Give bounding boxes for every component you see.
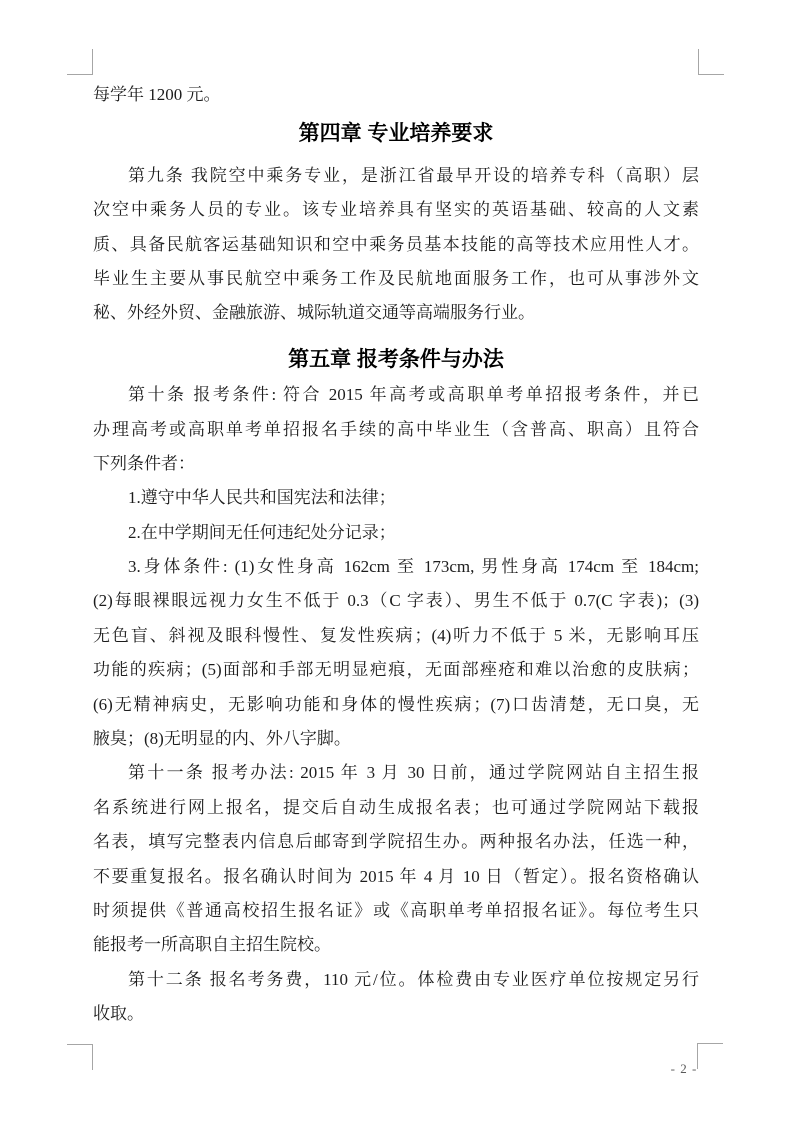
page-number: - 2 - [658, 1061, 710, 1077]
body-line: 不要重复报名。报名确认时间为 2015 年 4 月 10 日（暂定）。报名资格确… [93, 860, 699, 894]
body-line: 收取。 [93, 997, 699, 1031]
document-body: 每学年 1200 元。 第四章 专业培养要求 第九条 我院空中乘务专业，是浙江省… [93, 78, 699, 1032]
body-line: 第十一条 报考办法: 2015 年 3 月 30 日前，通过学院网站自主招生报 [93, 756, 699, 790]
chapter5-heading: 第五章 报考条件与办法 [93, 343, 699, 377]
chapter4-heading: 第四章 专业培养要求 [93, 117, 699, 151]
crop-mark-top-left-icon [67, 49, 93, 75]
body-line: 下列条件者： [93, 447, 699, 481]
body-line: 能报考一所高职自主招生院校。 [93, 928, 699, 962]
body-line: 第十二条 报名考务费，110 元/位。体检费由专业医疗单位按规定另行 [93, 963, 699, 997]
body-line: 秘、外经外贸、金融旅游、城际轨道交通等高端服务行业。 [93, 296, 699, 330]
body-line: 毕业生主要从事民航空中乘务工作及民航地面服务工作，也可从事涉外文 [93, 262, 699, 296]
body-line: 办理高考或高职单考单招报名手续的高中毕业生（含普高、职高）且符合 [93, 413, 699, 447]
body-line: 2.在中学期间无任何违纪处分记录； [93, 516, 699, 550]
body-line: 腋臭；(8)无明显的内、外八字脚。 [93, 722, 699, 756]
crop-mark-top-right-icon [698, 49, 724, 75]
body-line: 3.身体条件: (1)女性身高 162cm 至 173cm, 男性身高 174c… [93, 550, 699, 584]
body-line: 质、具备民航客运基础知识和空中乘务员基本技能的高等技术应用性人才。 [93, 228, 699, 262]
crop-mark-bottom-left-icon [67, 1044, 93, 1070]
body-line: (6)无精神病史，无影响功能和身体的慢性疾病；(7)口齿清楚，无口臭，无 [93, 688, 699, 722]
body-line: 名表，填写完整表内信息后邮寄到学院招生办。两种报名办法，任选一种， [93, 825, 699, 859]
body-line: 每学年 1200 元。 [93, 78, 699, 112]
body-line: 无色盲、斜视及眼科慢性、复发性疾病；(4)听力不低于 5 米，无影响耳压 [93, 619, 699, 653]
document-page: 每学年 1200 元。 第四章 专业培养要求 第九条 我院空中乘务专业，是浙江省… [0, 0, 802, 1134]
body-line: 次空中乘务人员的专业。该专业培养具有坚实的英语基础、较高的人文素 [93, 193, 699, 227]
body-line: 第九条 我院空中乘务专业，是浙江省最早开设的培养专科（高职）层 [93, 159, 699, 193]
body-line: (2)每眼裸眼远视力女生不低于 0.3（C 字表）、男生不低于 0.7(C 字表… [93, 584, 699, 618]
body-line: 第十条 报考条件: 符合 2015 年高考或高职单考单招报考条件，并已 [93, 378, 699, 412]
body-line: 时须提供《普通高校招生报名证》或《高职单考单招报名证》。每位考生只 [93, 894, 699, 928]
body-line: 名系统进行网上报名，提交后自动生成报名表；也可通过学院网站下载报 [93, 791, 699, 825]
body-line: 功能的疾病；(5)面部和手部无明显疤痕，无面部痤疮和难以治愈的皮肤病； [93, 653, 699, 687]
body-line: 1.遵守中华人民共和国宪法和法律； [93, 481, 699, 515]
